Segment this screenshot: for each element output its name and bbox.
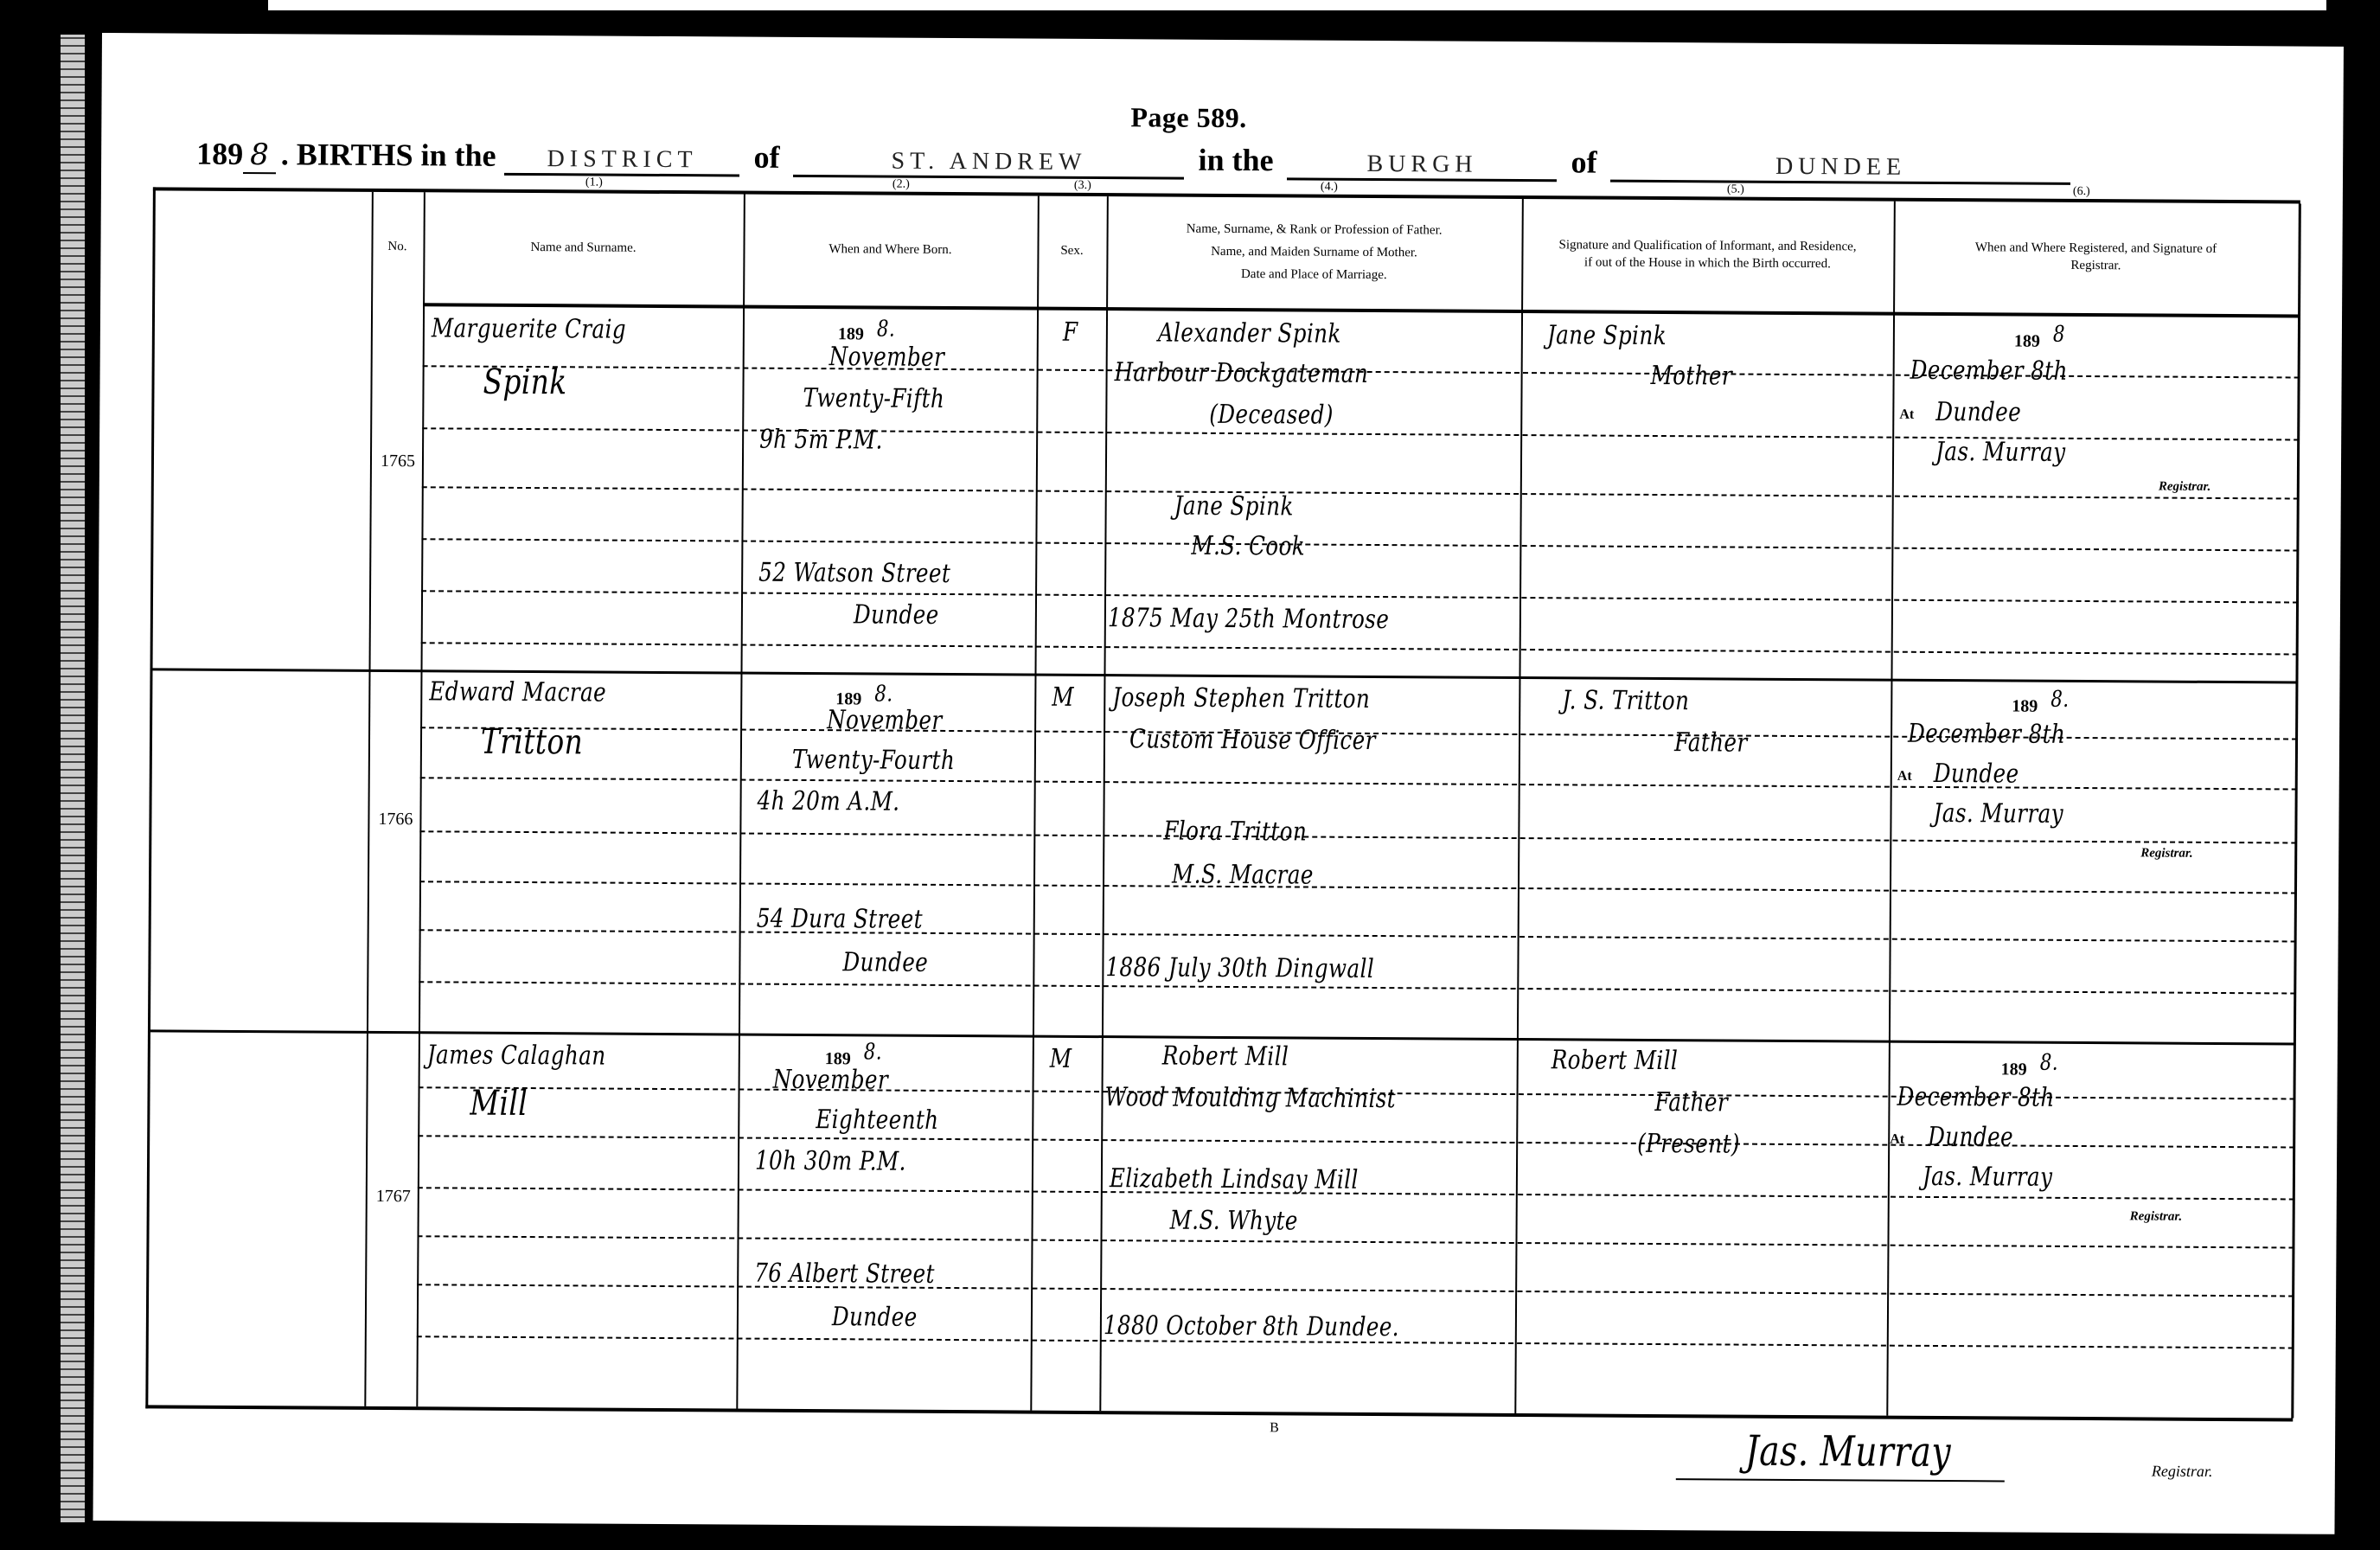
col-num-6: (6.) [2073,185,2090,199]
col-divider [1514,199,1524,1413]
marriage-details: 1886 July 30th Dingwall [1105,952,1374,984]
col-num-1: (1.) [585,176,603,189]
birth-address: 76 Albert Street [754,1259,935,1290]
marriage-details: 1880 October 8th Dundee. [1104,1310,1399,1342]
reg-year-hand: 8. [2040,1050,2058,1076]
birth-time: 4h 20m A.M. [757,786,899,817]
ruled-line [417,1235,2294,1249]
in-the-label: in the [1198,142,1273,179]
reg-place: Dundee [1928,1122,2013,1153]
ruled-line [419,881,2296,894]
sex: M [1052,682,1074,713]
header-informant: Signature and Qualification of Informant… [1521,199,1894,311]
birth-town: Dundee [854,599,939,631]
of-label-2: of [1571,144,1596,180]
register-page: Page 589. 189 8 . BIRTHS in the DISTRICT… [93,33,2343,1534]
year-suffix-handwritten: 8 [243,138,276,174]
entry-number: 1767 [376,1187,411,1207]
father-name: Joseph Stephen Tritton [1112,682,1370,714]
birth-address: 54 Dura Street [757,904,923,935]
father-occupation: Wood Moulding Machinist [1104,1082,1396,1114]
header-name: Name and Surname. [423,192,744,303]
mother-maiden: M.S. Whyte [1170,1206,1298,1237]
reg-at-label: At [1890,1132,1904,1148]
registrar-label: Registrar. [2159,480,2211,495]
informant-qualification: Father [1654,1087,1728,1118]
birth-address: 52 Watson Street [758,558,950,589]
col-num-2: (2.) [892,178,910,192]
district-name-field: ST. ANDREW [793,147,1184,180]
ruled-line [422,486,2299,500]
birth-day: Eighteenth [816,1105,938,1136]
father-occupation: Custom House Officer [1129,724,1376,756]
birth-year-hand: 8. [877,316,895,342]
scan-top-edge [268,0,2326,10]
birth-time: 10h 30m P.M. [755,1146,906,1177]
registrar-signature: Jas. Murray [1935,437,2066,468]
informant-name: Robert Mill [1551,1045,1679,1076]
mother-maiden: M.S. Macrae [1172,860,1314,891]
birth-day: Twenty-Fifth [803,383,944,414]
births-label: . BIRTHS in the [281,136,496,174]
burgh-name-field: DUNDEE [1610,152,2070,185]
informant-qualification: Father [1674,727,1748,759]
informant-note: (Present) [1637,1129,1740,1160]
footer-registrar-label: Registrar. [2152,1463,2213,1481]
reg-year-printed: 189 [2001,1060,2027,1079]
header-parents-father: Name, Surname, & Rank or Profession of F… [1187,220,1443,239]
reg-date: December 8th [1908,719,2065,750]
reg-year-hand: 8. [2051,687,2069,713]
marriage-details: 1875 May 25th Montrose [1108,603,1390,635]
births-register-table: No. Name and Surname. When and Where Bor… [145,187,2300,1421]
reg-at-label: At [1897,769,1912,785]
reg-year-hand: 8 [2053,322,2065,348]
birth-day: Twenty-Fourth [792,745,956,776]
ruled-line [419,830,2296,844]
birth-month: November [829,342,945,373]
reg-year-printed: 189 [2014,332,2040,352]
sex: M [1050,1044,1072,1074]
reg-date: December 8th [1897,1082,2054,1113]
informant-qualification: Mother [1651,361,1733,392]
col-divider [416,192,425,1406]
birth-year-hand: 8. [864,1039,882,1065]
father-note: (Deceased) [1209,400,1334,431]
entry-number: 1765 [381,452,415,471]
col-divider [1099,196,1109,1411]
registrar-label: Registrar. [2130,1209,2183,1224]
reg-date: December 8th [1910,355,2068,387]
col-divider [2291,204,2301,1419]
father-occupation: Harbour Dockgateman [1115,357,1369,389]
page-mark: B [1270,1420,1279,1436]
registrar-signature: Jas. Murray [1923,1162,2053,1193]
col-num-5: (5.) [1727,183,1744,196]
col-divider [364,192,374,1406]
child-surname: Tritton [481,722,583,763]
child-surname: Spink [483,362,566,403]
header-parents-marriage: Date and Place of Marriage. [1241,266,1387,284]
reg-place: Dundee [1934,759,2019,790]
reg-at-label: At [1899,407,1914,423]
col-divider [736,195,745,1409]
mother-name: Flora Tritton [1163,817,1307,848]
birth-town: Dundee [832,1302,918,1333]
father-name: Alexander Spink [1158,317,1341,349]
header-sex: Sex. [1037,196,1107,305]
sex: F [1063,317,1078,348]
informant-name: J. S. Tritton [1562,685,1689,716]
header-parents-mother: Name, and Maiden Surname of Mother. [1211,243,1417,262]
mother-maiden: M.S. Cook [1191,531,1305,562]
header-no: No. [371,192,424,301]
father-name: Robert Mill [1162,1041,1289,1073]
burgh-type-field: BURGH [1287,150,1557,182]
entry-number: 1766 [378,810,413,829]
of-label: of [753,139,779,176]
col-divider [1886,202,1896,1416]
page-number: Page 589. [1130,101,1246,134]
child-forenames: James Calaghan [427,1040,606,1071]
district-type-field: DISTRICT [504,145,739,177]
birth-month: November [827,705,943,736]
ruled-line [421,642,2298,656]
col-num-4: (4.) [1321,181,1338,195]
scan-right-edge [2354,0,2380,1550]
col-num-3: (3.) [1074,179,1091,193]
col-divider [1030,196,1040,1411]
scan-left-edge [61,35,85,1522]
ruled-line [421,590,2298,604]
reg-year-printed: 189 [2012,697,2038,717]
footer-registrar-signature-line: Jas. Murray [1676,1426,2005,1482]
birth-time: 9h 5m P.M. [759,425,883,456]
mother-name: Jane Spink [1174,491,1294,522]
ruled-line [419,929,2296,943]
mother-name: Elizabeth Lindsay Mill [1110,1163,1359,1195]
header-born: When and Where Born. [743,195,1038,305]
reg-place: Dundee [1935,397,2021,428]
birth-town: Dundee [842,947,928,978]
birth-month: November [773,1065,889,1096]
ruled-line [417,1284,2294,1297]
header-registered: When and Where Registered, and Signature… [1893,202,2299,313]
year-prefix: 189 [196,136,243,172]
informant-name: Jane Spink [1547,320,1667,351]
header-parents: Name, Surname, & Rank or Profession of F… [1106,196,1522,308]
child-forenames: Edward Macrae [429,676,606,708]
registrar-signature: Jas. Murray [1933,798,2063,829]
footer-registrar-signature: Jas. Murray [1745,1427,1951,1476]
registrar-label: Registrar. [2140,846,2193,861]
ruled-line [421,538,2298,552]
birth-year-hand: 8. [874,681,892,707]
child-surname: Mill [470,1084,528,1124]
child-forenames: Marguerite Craig [432,313,626,344]
